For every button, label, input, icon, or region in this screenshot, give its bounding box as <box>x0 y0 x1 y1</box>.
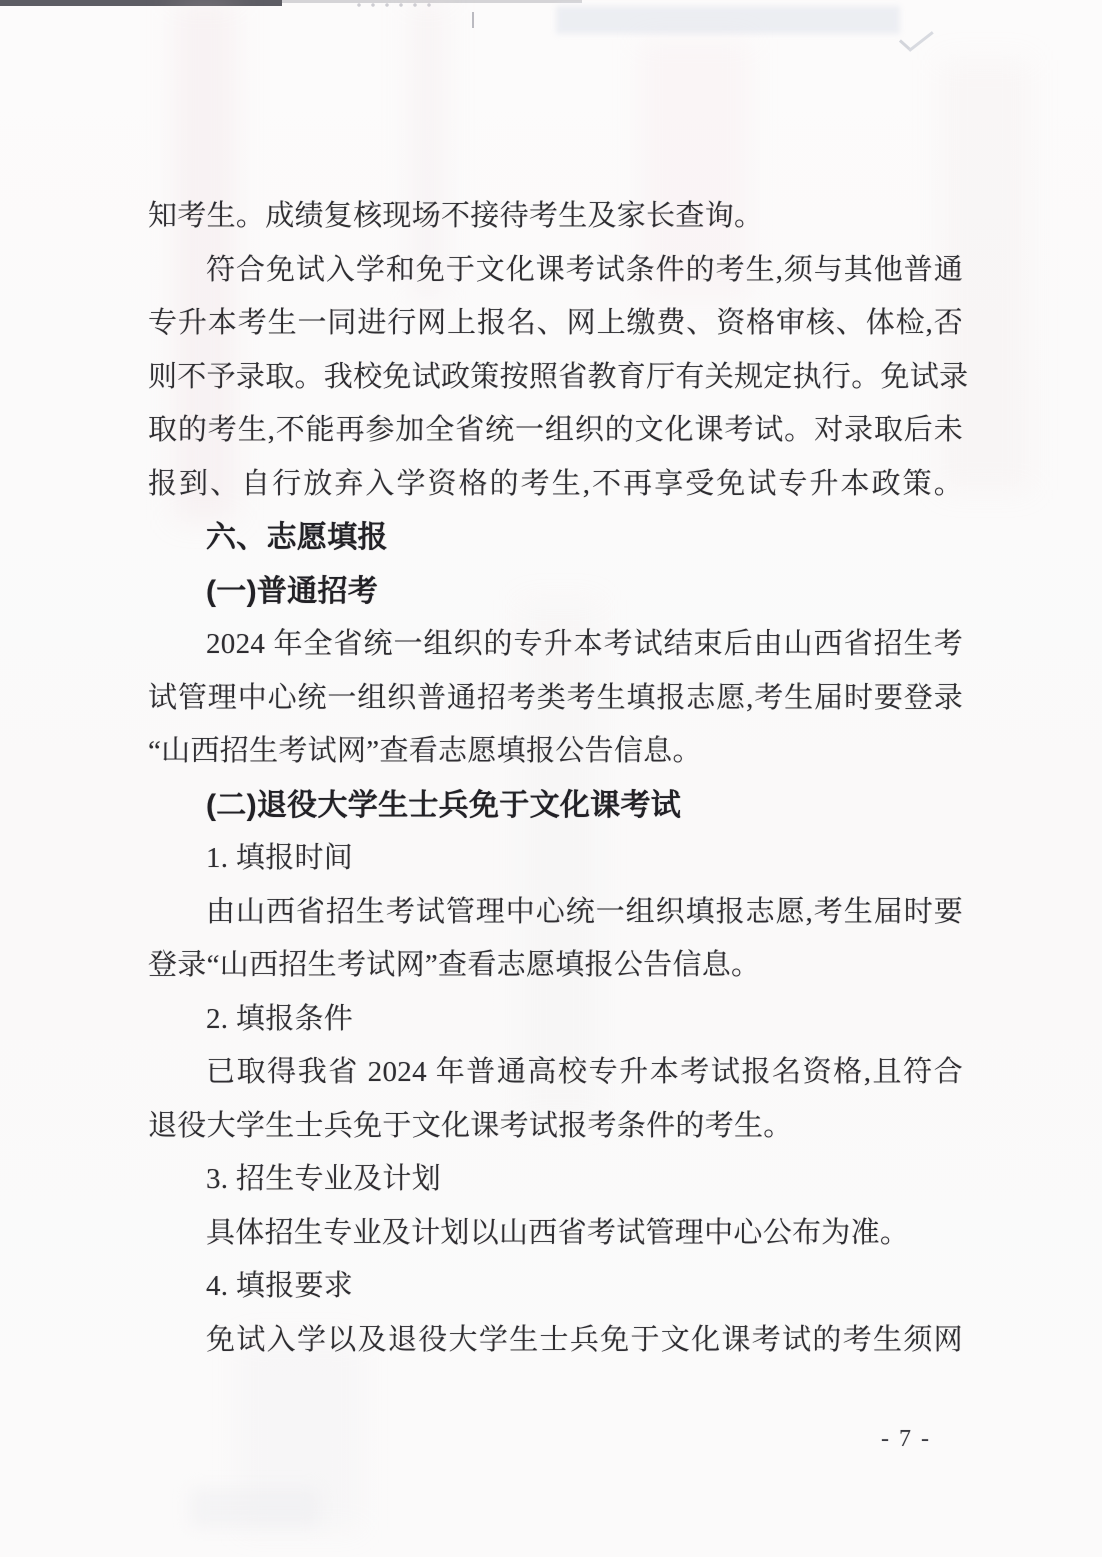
heading-line: 六、志愿填报 <box>148 511 963 565</box>
page-number: - 7 - <box>840 1426 972 1453</box>
heading-line: (一)普通招考 <box>148 565 963 619</box>
document-body: 知考生。成绩复核现场不接待考生及家长查询。符合免试入学和免于文化课考试条件的考生… <box>148 190 963 1367</box>
scan-artifact-blob <box>190 1488 320 1528</box>
text-line: 2. 填报条件 <box>148 993 963 1047</box>
scan-artifact-tick <box>472 12 474 28</box>
text-line: 4. 填报要求 <box>148 1260 963 1314</box>
scan-artifact-top-edge-line <box>0 0 282 6</box>
scan-artifact-top-edge-line-faint <box>282 0 582 3</box>
text-line: 1. 填报时间 <box>148 832 963 886</box>
checkmark-stroke <box>908 31 933 52</box>
text-line: 由山西省招生考试管理中心统一组织填报志愿,考生届时要 <box>148 886 963 940</box>
text-line: 取的考生,不能再参加全省统一组织的文化课考试。对录取后未 <box>148 404 963 458</box>
text-line: 退役大学生士兵免于文化课考试报考条件的考生。 <box>148 1100 963 1154</box>
text-line: 则不予录取。我校免试政策按照省教育厅有关规定执行。免试录 <box>148 351 963 405</box>
text-line: 登录“山西招生考试网”查看志愿填报公告信息。 <box>148 939 963 993</box>
text-line: 专升本考生一同进行网上报名、网上缴费、资格审核、体检,否 <box>148 297 963 351</box>
text-line: 3. 招生专业及计划 <box>148 1153 963 1207</box>
scanned-document-page: 知考生。成绩复核现场不接待考生及家长查询。符合免试入学和免于文化课考试条件的考生… <box>0 0 1102 1557</box>
scan-artifact-dots <box>352 2 436 8</box>
scan-artifact-gray-band <box>556 6 900 34</box>
text-line: 符合免试入学和免于文化课考试条件的考生,须与其他普通 <box>148 244 963 298</box>
text-line: 免试入学以及退役大学生士兵免于文化课考试的考生须网 <box>148 1314 963 1368</box>
text-line: “山西招生考试网”查看志愿填报公告信息。 <box>148 725 963 779</box>
text-line: 报到、自行放弃入学资格的考生,不再享受免试专升本政策。 <box>148 458 963 512</box>
scan-artifact-checkmark <box>896 28 942 62</box>
checkmark-stroke <box>899 39 912 51</box>
text-line: 2024 年全省统一组织的专升本考试结束后由山西省招生考 <box>148 618 963 672</box>
text-line: 试管理中心统一组织普通招考类考生填报志愿,考生届时要登录 <box>148 672 963 726</box>
scan-artifact-gray-streak <box>240 1340 360 1530</box>
text-line: 具体招生专业及计划以山西省考试管理中心公布为准。 <box>148 1207 963 1261</box>
text-line: 已取得我省 2024 年普通高校专升本考试报名资格,且符合 <box>148 1046 963 1100</box>
heading-line: (二)退役大学生士兵免于文化课考试 <box>148 779 963 833</box>
text-line: 知考生。成绩复核现场不接待考生及家长查询。 <box>148 190 963 244</box>
